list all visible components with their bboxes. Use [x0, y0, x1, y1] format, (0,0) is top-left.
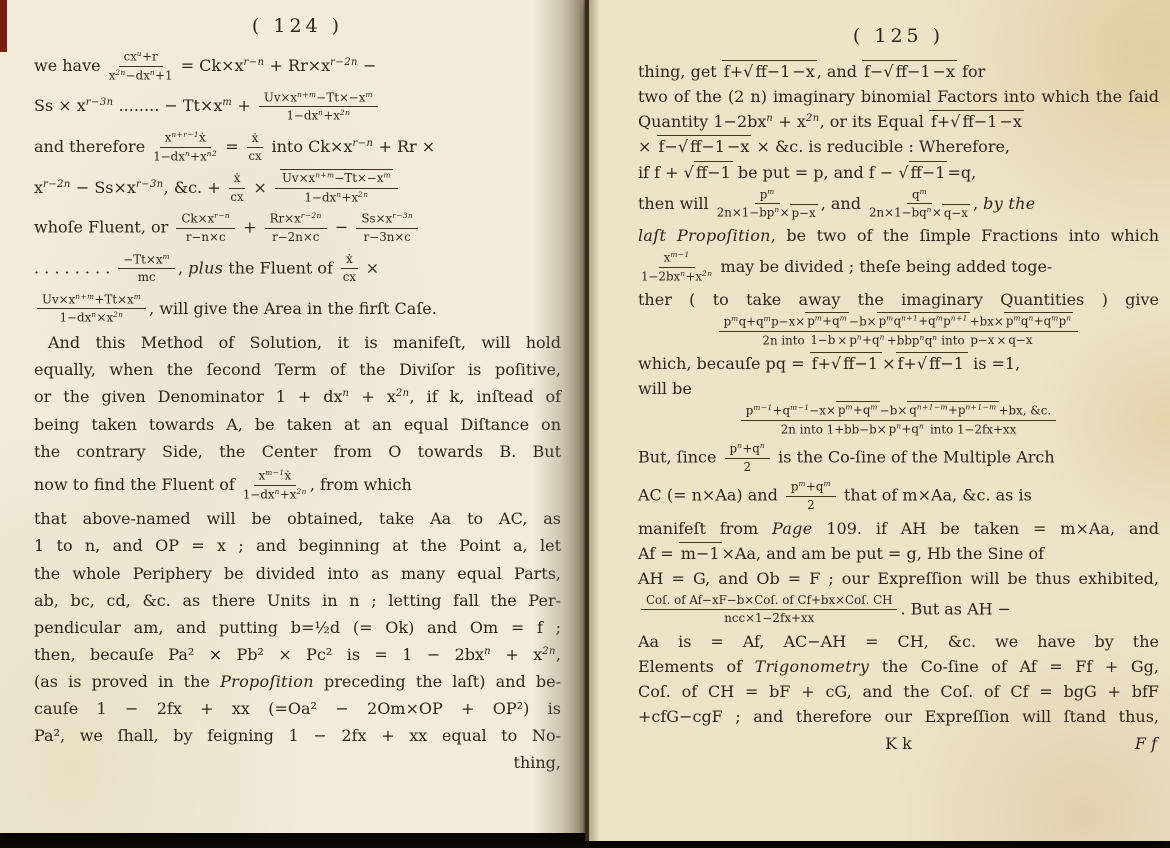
text-run: ther ( to take away the imaginary Quanti… [638, 290, 1159, 309]
text-run: , from which [310, 475, 412, 494]
text-run: laſt Propoſition, be two of the ſimple F… [638, 226, 1159, 245]
fraction: Uv×xn+m+Tt×xm1−dxn×x2n [37, 292, 146, 327]
text-line: thing, [34, 752, 561, 773]
fraction: Uv×xn+m−Tt×−xm1−dxn+x2n [275, 171, 398, 206]
text-run: being taken towards A, be taken at an eq… [34, 415, 561, 434]
binding-mark [0, 0, 7, 52]
fraction: xm−1ẋ1−dxn+x2n [243, 468, 307, 503]
text-run: thing, get f+√ff−1−x, and f−√ff−1−x for [638, 60, 985, 81]
fraction: ẋcx [247, 131, 264, 165]
text-run: or the given Denominator 1 + dxn + x2n, … [34, 387, 561, 406]
fraction: cxu+rx2n−dxn+1 [109, 49, 173, 84]
text-line: Aa is = Af, AC−AH = CH, &c. we have by t… [638, 631, 1159, 652]
text-run: Coſ. of CH = bF + cG, and the Coſ. of Cf… [638, 682, 1159, 701]
text-line: ab, bc, cd, &c. as there Units in n ; le… [34, 590, 561, 611]
text-line: whoſe Fluent, or Ck×xr−nr−n×c + Rr×xr−2n… [34, 211, 561, 245]
text-line: Quantity 1−2bxn + x2n, or its Equal f+√f… [638, 111, 1159, 132]
text-run: and therefore [34, 137, 150, 156]
text-run: = [220, 137, 244, 156]
fraction: pn+qn2 [725, 441, 771, 475]
right-page-text: ( 125 ) thing, get f+√ff−1−x, and f−√ff−… [638, 24, 1159, 757]
left-page-text: ( 124 ) we have cxu+rx2n−dxn+1 = Ck×xr−n… [34, 14, 561, 779]
text-run: is the Co-ſine of the Multiple Arch [773, 448, 1055, 467]
text-run: = Ck×xr−n + Rr×xr−2n − [176, 56, 377, 75]
text-line: xm−11−2bxn+x2n may be divided ; theſe be… [638, 250, 1159, 285]
text-run: (as is proved in the Propoſition precedi… [34, 672, 561, 691]
text-line: And this Method of Solution, it is manif… [34, 332, 561, 353]
text-line: Uv×xn+m+Tt×xm1−dxn×x2n, will give the Ar… [34, 292, 561, 327]
text-line: two of the (2 n) imaginary binomial Fact… [638, 86, 1159, 107]
left-page-lines: we have cxu+rx2n−dxn+1 = Ck×xr−n + Rr×xr… [34, 49, 561, 773]
text-line: that above-named will be obtained, take … [34, 508, 561, 529]
gutter-shadow-right [588, 0, 600, 841]
text-line: Ss × xr−3n ........ − Tt×xm + Uv×xn+m−Tt… [34, 90, 561, 125]
text-run: equally, when the ſecond Term of the Div… [34, 360, 561, 379]
text-run: now to find the Fluent of [34, 475, 240, 494]
text-line: the contrary Side, the Center from O tow… [34, 441, 561, 462]
right-page-lines: thing, get f+√ff−1−x, and f−√ff−1−x fort… [638, 61, 1159, 727]
fraction: xm−11−2bxn+x2n [641, 250, 712, 285]
text-run: into Ck×xr−n + Rr × [266, 137, 435, 156]
text-line: AH = G, and Ob = F ; our Expreſſion will… [638, 568, 1159, 589]
text-run: then, becauſe Pa² × Pb² × Pc² is = 1 − 2… [34, 645, 561, 664]
text-run: . . . . . . . . [34, 258, 115, 277]
text-line: Coſ. of Af−xF−b×Coſ. of Cf+bx×Coſ. CHncc… [638, 593, 1159, 627]
text-run: if f + √ff−1 be put = p, and f − √ff−1=q… [638, 161, 976, 182]
text-line: will be [638, 378, 1159, 399]
text-run: − [330, 218, 354, 237]
text-line: ther ( to take away the imaginary Quanti… [638, 289, 1159, 310]
text-run: we have [34, 56, 106, 75]
text-line: xr−2n − Ss×xr−3n, &c. + ẋcx × Uv×xn+m−Tt… [34, 171, 561, 206]
fraction: pmq+qmp−x×pm+qm−b×pmqn+1+qmpn+1+bx×pmqn+… [646, 314, 1151, 349]
fraction: xn+r−1ẋ1−dxn+xn2 [153, 130, 217, 165]
text-run: cauſe 1 − 2fx + xx (=Oa² − 2Om×OP + OP²)… [34, 699, 561, 718]
text-line: laſt Propoſition, be two of the ſimple F… [638, 225, 1159, 246]
text-line: and therefore xn+r−1ẋ1−dxn+xn2 = ẋcx int… [34, 130, 561, 165]
text-run: ab, bc, cd, &c. as there Units in n ; le… [34, 591, 561, 610]
text-line: × f−√ff−1−x × &c. is reducible : Wherefo… [638, 136, 1159, 157]
page-number-left: ( 124 ) [34, 14, 561, 39]
text-run: pendicular am, and putting b=½d (= Ok) a… [34, 618, 561, 637]
text-line: manifeſt from Page 109. if AH be taken =… [638, 518, 1159, 539]
text-run: . But as AH − [900, 599, 1011, 618]
fraction: pm−1+qm−1−x×pm+qm−b×qn+1−m+pn+1−m+bx, &c… [646, 403, 1151, 438]
fraction: pm+qm2 [786, 479, 836, 513]
text-line: cauſe 1 − 2fx + xx (=Oa² − 2Om×OP + OP²)… [34, 698, 561, 719]
text-line: Af = m−1×Aa, and am be put = g, Hb the S… [638, 543, 1159, 564]
catchword: F f [1135, 733, 1157, 754]
text-run: which, becauſe pq = f+√ff−1×f+√ff−1 is =… [638, 352, 1020, 373]
text-run: manifeſt from Page 109. if AH be taken =… [638, 519, 1159, 538]
text-run: that above-named will be obtained, take … [34, 509, 561, 528]
text-line: Pa², we ſhall, by feigning 1 − 2fx + xx … [34, 725, 561, 746]
book-spread: ( 124 ) we have cxu+rx2n−dxn+1 = Ck×xr−n… [0, 0, 1170, 848]
text-line: Coſ. of CH = bF + cG, and the Coſ. of Cf… [638, 681, 1159, 702]
text-run: AC (= n×Aa) and [638, 486, 783, 505]
fraction: Ss×xr−3nr−3n×c [356, 211, 418, 245]
text-line: Elements of Trigonometry the Co-ſine of … [638, 656, 1159, 677]
text-line: then will pm2n×1−bpn×p−x, and qm2n×1−bqn… [638, 187, 1159, 222]
fraction: −Tt×xmmc [118, 252, 175, 286]
text-run: × [248, 178, 272, 197]
text-run: Af = m−1×Aa, and am be put = g, Hb the S… [638, 542, 1044, 563]
text-line: being taken towards A, be taken at an eq… [34, 414, 561, 435]
text-line: . . . . . . . . −Tt×xmmc, plus the Fluen… [34, 252, 561, 286]
text-run: , by the [973, 193, 1036, 212]
text-line: pm−1+qm−1−x×pm+qm−b×qn+1−m+pn+1−m+bx, &c… [638, 403, 1159, 438]
text-line: which, becauſe pq = f+√ff−1×f+√ff−1 is =… [638, 353, 1159, 374]
text-line: we have cxu+rx2n−dxn+1 = Ck×xr−n + Rr×xr… [34, 49, 561, 84]
text-line: then, becauſe Pa² × Pb² × Pc² is = 1 − 2… [34, 644, 561, 665]
signature-mark: K k [885, 733, 912, 754]
text-run: Aa is = Af, AC−AH = CH, &c. we have by t… [638, 632, 1159, 651]
text-line: thing, get f+√ff−1−x, and f−√ff−1−x for [638, 61, 1159, 82]
text-run: , will give the Area in the firſt Caſe. [149, 298, 437, 317]
fraction: qm2n×1−bqn×q−x [869, 187, 970, 222]
text-run: Elements of Trigonometry the Co-ſine of … [638, 657, 1159, 676]
text-line: equally, when the ſecond Term of the Div… [34, 359, 561, 380]
text-run: + [238, 218, 262, 237]
text-run: two of the (2 n) imaginary binomial Fact… [638, 87, 1159, 106]
text-line: pendicular am, and putting b=½d (= Ok) a… [34, 617, 561, 638]
right-page: ( 125 ) thing, get f+√ff−1−x, and f−√ff−… [588, 0, 1170, 841]
page-number-right: ( 125 ) [638, 24, 1159, 49]
text-line: +cfG−cgF ; and therefore our Expreſſion … [638, 706, 1159, 727]
text-line: But, ſince pn+qn2 is the Co-ſine of the … [638, 441, 1159, 475]
text-run: whoſe Fluent, or [34, 218, 173, 237]
text-run: × [361, 258, 380, 277]
text-line: the whole Periphery be divided into as m… [34, 563, 561, 584]
text-line: 1 to n, and OP = x ; and beginning at th… [34, 535, 561, 556]
fraction: Uv×xn+m−Tt×−xm1−dxn+x2n [259, 90, 378, 125]
text-run: that of m×Aa, &c. as is [839, 486, 1032, 505]
text-line: AC (= n×Aa) and pm+qm2 that of m×Aa, &c.… [638, 479, 1159, 513]
text-run: thing, [514, 753, 561, 772]
text-line: pmq+qmp−x×pm+qm−b×pmqn+1+qmpn+1+bx×pmqn+… [638, 314, 1159, 349]
book-spine [585, 0, 589, 841]
fraction: ẋcx [229, 171, 246, 205]
text-line: or the given Denominator 1 + dxn + x2n, … [34, 386, 561, 407]
text-run: , plus the Fluent of [178, 258, 338, 277]
fraction: Rr×xr−2nr−2n×c [265, 211, 327, 245]
text-run: then will [638, 193, 714, 212]
text-run: And this Method of Solution, it is manif… [48, 333, 561, 352]
text-run: × f−√ff−1−x × &c. is reducible : Wherefo… [638, 135, 1010, 156]
text-run: 1 to n, and OP = x ; and beginning at th… [34, 536, 561, 555]
text-run: But, ſince [638, 448, 722, 467]
text-run: may be divided ; theſe being added toge- [715, 257, 1052, 276]
fraction: Coſ. of Af−xF−b×Coſ. of Cf+bx×Coſ. CHncc… [641, 593, 897, 627]
text-line: if f + √ff−1 be put = p, and f − √ff−1=q… [638, 162, 1159, 183]
text-run: +cfG−cgF ; and therefore our Expreſſion … [638, 707, 1159, 726]
text-run: Ss × xr−3n ........ − Tt×xm + [34, 96, 256, 115]
fraction: pm2n×1−bpn×p−x [717, 187, 818, 222]
fraction: Ck×xr−nr−n×c [176, 211, 235, 245]
text-run: AH = G, and Ob = F ; our Expreſſion will… [638, 569, 1159, 588]
text-line: now to find the Fluent of xm−1ẋ1−dxn+x2n… [34, 468, 561, 503]
text-run: the contrary Side, the Center from O tow… [34, 442, 561, 461]
text-run: , and [821, 193, 866, 212]
page-footer: K k F f [638, 733, 1159, 757]
text-run: the whole Periphery be divided into as m… [34, 564, 561, 583]
text-line: (as is proved in the Propoſition precedi… [34, 671, 561, 692]
text-run: xr−2n − Ss×xr−3n, &c. + [34, 178, 226, 197]
text-run: will be [638, 379, 692, 398]
fraction: ẋcx [341, 252, 358, 286]
text-run: Quantity 1−2bxn + x2n, or its Equal f+√f… [638, 112, 1024, 131]
left-page: ( 124 ) we have cxu+rx2n−dxn+1 = Ck×xr−n… [0, 0, 586, 833]
text-run: Pa², we ſhall, by feigning 1 − 2fx + xx … [34, 726, 561, 745]
